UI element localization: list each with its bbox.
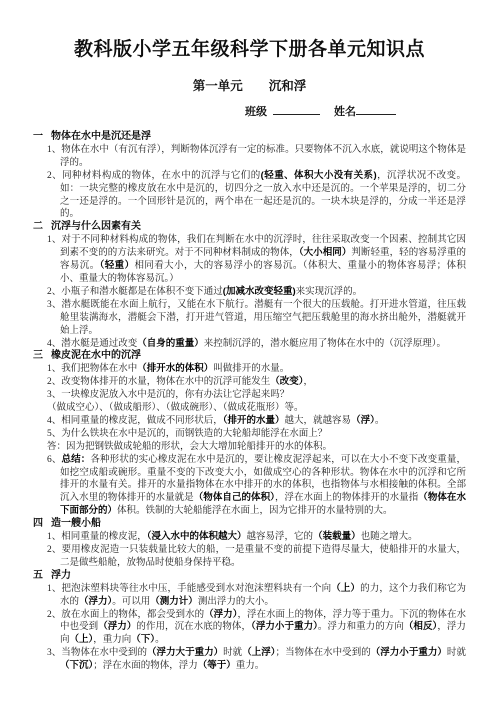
class-blank-line bbox=[273, 111, 320, 115]
text-run: ；当物体在水中受到的 bbox=[276, 648, 371, 658]
bold-run: 总结： bbox=[62, 454, 91, 465]
item-number: 2、 bbox=[47, 287, 61, 297]
section-title: 造一艘小船 bbox=[51, 518, 101, 529]
text-run: 要用橡皮泥造一只装载量比较大的船，一是重量不变的前提下造得尽量大，使船排开的水量… bbox=[60, 545, 466, 568]
text-run: （做成空心）、（做成船形）、（做成碗形）、（做成花瓶形）等。 bbox=[47, 403, 304, 413]
section-number: 三 bbox=[33, 350, 43, 361]
text-run: 重力。 bbox=[236, 661, 265, 671]
text-run: 。可以用 bbox=[112, 597, 150, 607]
item-number: 3、 bbox=[47, 648, 61, 658]
list-item: 1、相同重量的橡皮泥，（浸入水中的体积越大）越容易浮，它的（装载量）也随之增大。 bbox=[33, 531, 466, 544]
text-run: 体积。铁制的大轮船能浮在水面上，因为它排开的水量特别的大。 bbox=[117, 506, 393, 516]
list-item: 1、我们把物体在水中（排开水的体积）叫做排开的水量。 bbox=[33, 363, 466, 376]
list-item: 5、为什么铁块在水中是沉的，而钢铁造的大轮船却能浮在水面上？ bbox=[33, 428, 466, 441]
list-item: 2、要用橡皮泥造一只装载量比较大的船，一是重量不变的前提下造得尽量大，使船排开的… bbox=[33, 544, 466, 570]
bold-run: （浸入水中的体积越大） bbox=[147, 531, 247, 542]
bold-run: （排开的水量） bbox=[223, 415, 285, 426]
text-run: ，重力向 bbox=[93, 635, 131, 645]
class-label: 班级 bbox=[245, 106, 267, 118]
section-heading: 三橡皮泥在水中的沉浮 bbox=[33, 350, 466, 363]
text-run: 放在水面上的物体，都会受到水的 bbox=[61, 610, 204, 620]
section-heading: 二沉浮与什么因素有关 bbox=[33, 221, 466, 234]
list-item: 2、小瓶子和潜水艇都是在体积不变下通过(加减水改变轻重)来实现沉浮的。 bbox=[33, 286, 466, 299]
bold-run: （轻重） bbox=[100, 260, 135, 271]
text-run: ，浮在水面上的物体排开的水量指 bbox=[275, 493, 418, 503]
item-number: 2、 bbox=[47, 377, 61, 387]
section-heading: 五浮力 bbox=[33, 570, 466, 583]
item-number: 2、 bbox=[47, 171, 62, 181]
text-run: 改变物体排开的水量，物体在水中的沉浮可能发生 bbox=[61, 377, 270, 387]
bold-run: （大小相同） bbox=[299, 247, 352, 258]
unit-heading: 第一单元沉和浮 bbox=[33, 76, 466, 94]
section-number: 一 bbox=[33, 131, 43, 142]
item-number: 4、 bbox=[47, 416, 61, 426]
section-title: 沉浮与什么因素有关 bbox=[51, 221, 141, 232]
bold-run: （等于） bbox=[198, 660, 236, 671]
text-run: 小瓶子和潜水艇都是在体积不变下通过 bbox=[61, 287, 223, 297]
bold-run: （浮力大于重力） bbox=[147, 647, 223, 658]
unit-name: 沉和浮 bbox=[269, 79, 307, 93]
section: 二沉浮与什么因素有关1、对于不同种材料构成的物体，我们在判断在水中的沉浮时，往往… bbox=[33, 221, 466, 350]
text-run: 的作用，沉在水底的物体， bbox=[136, 622, 251, 632]
list-item: 2、放在水面上的物体，都会受到水的（浮力），浮在水面上的物体，浮力等于重力。下沉… bbox=[33, 609, 466, 648]
text-run: 相同重量的橡皮泥，做成不同形状后， bbox=[61, 416, 223, 426]
text-run: 同种材料构成的物体，在水中的沉浮与它们的 bbox=[62, 171, 261, 181]
bold-run: （改变） bbox=[270, 376, 303, 387]
section: 四造一艘小船1、相同重量的橡皮泥，（浸入水中的体积越大）越容易浮，它的（装载量）… bbox=[33, 518, 466, 570]
bold-run: （浮力） bbox=[98, 621, 136, 632]
text-run: 答：因为把钢铁做成轮船的形状，会大大增加轮船排开的水的体积。 bbox=[47, 442, 332, 452]
item-subline: （做成空心）、（做成船形）、（做成碗形）、（做成花瓶形）等。 bbox=[33, 402, 466, 415]
text-run: ， bbox=[304, 377, 314, 387]
text-run: 相同重量的橡皮泥， bbox=[61, 532, 147, 542]
bold-run: （上） bbox=[331, 583, 360, 594]
text-run: 来控制沉浮的，潜水艇应用了物体在水中的（沉浮原理）。 bbox=[204, 339, 446, 349]
section-heading: 一物体在水中是沉还是浮 bbox=[33, 131, 466, 144]
text-run: 当物体在水中受到的 bbox=[61, 648, 147, 658]
item-number: 2、 bbox=[47, 610, 61, 620]
list-item: 1、把泡沫塑料块等往水中压，手能感受到水对泡沫塑料块有一个向（上）的力，这个力我… bbox=[33, 583, 466, 609]
list-item: 2、改变物体排开的水量，物体在水中的沉浮可能发生（改变）， bbox=[33, 376, 466, 389]
bold-run: (加减水改变轻重) bbox=[223, 286, 296, 297]
text-run: 我们把物体在水中 bbox=[61, 364, 137, 374]
item-number: 1、 bbox=[47, 145, 61, 155]
text-run: 为什么铁块在水中是沉的，而钢铁造的大轮船却能浮在水面上？ bbox=[61, 429, 327, 439]
bold-run: （下） bbox=[131, 634, 155, 645]
bold-run: （下沉） bbox=[60, 660, 93, 671]
bold-run: (轻重、体积大小没有关系) bbox=[261, 170, 377, 181]
text-run: 测出浮力的大小。 bbox=[198, 597, 274, 607]
bold-run: （相反） bbox=[404, 621, 437, 632]
text-run: 。 bbox=[375, 416, 385, 426]
bold-run: （浮） bbox=[351, 415, 375, 426]
student-info-line: 班级姓名 bbox=[33, 103, 466, 119]
text-run: ；浮在水面的物体，浮力 bbox=[93, 661, 198, 671]
text-run: 物体在水中（有沉有浮），判断物体沉浮有一定的标准。只要物体不沉入水底，就说明这个… bbox=[60, 145, 466, 168]
bold-run: （浮力） bbox=[79, 596, 112, 607]
document-page: 教科版小学五年级科学下册各单元知识点 第一单元沉和浮 班级姓名 一物体在水中是沉… bbox=[0, 0, 496, 702]
text-run: 潜水艇是通过改变 bbox=[61, 339, 137, 349]
list-item: 1、物体在水中（有沉有浮），判断物体沉浮有一定的标准。只要物体不沉入水底，就说明… bbox=[33, 144, 466, 170]
text-run: 越容易浮，它的 bbox=[247, 532, 314, 542]
section-number: 二 bbox=[33, 221, 43, 232]
item-number: 2、 bbox=[47, 545, 62, 555]
item-number: 5、 bbox=[47, 429, 61, 439]
bold-run: （浮力） bbox=[204, 609, 237, 620]
section-title: 浮力 bbox=[51, 570, 71, 581]
item-number: 3、 bbox=[47, 390, 61, 400]
list-item: 4、潜水艇是通过改变（自身的重量）来控制沉浮的，潜水艇应用了物体在水中的（沉浮原… bbox=[33, 338, 466, 351]
text-run: 潜水艇既能在水面上航行，又能在水下航行。潜艇有一个很大的压载舱。打开进水管道，往… bbox=[60, 300, 466, 336]
section-title: 物体在水中是沉还是浮 bbox=[51, 131, 151, 142]
text-run: 把泡沫塑料块等往水中压，手能感受到水对泡沫塑料块有一个向 bbox=[62, 584, 332, 594]
text-run: 一块橡皮泥放入水中是沉的，你有办法让它浮起来吗？ bbox=[61, 390, 289, 400]
list-item: 6、总结：各种形状的实心橡皮泥在水中是沉的，要让橡皮泥浮起来，可以在大小不变下改… bbox=[33, 454, 466, 519]
section: 三橡皮泥在水中的沉浮1、我们把物体在水中（排开水的体积）叫做排开的水量。2、改变… bbox=[33, 350, 466, 518]
text-run: 来实现沉浮的。 bbox=[296, 287, 363, 297]
section-title: 橡皮泥在水中的沉浮 bbox=[51, 350, 141, 361]
name-blank-line bbox=[356, 111, 396, 115]
name-label: 姓名 bbox=[334, 106, 356, 118]
section: 一物体在水中是沉还是浮1、物体在水中（有沉有浮），判断物体沉浮有一定的标准。只要… bbox=[33, 131, 466, 221]
item-number: 6、 bbox=[47, 455, 62, 465]
item-number: 1、 bbox=[47, 364, 61, 374]
bold-run: （物体自己的体积） bbox=[194, 492, 275, 503]
page-title: 教科版小学五年级科学下册各单元知识点 bbox=[33, 34, 466, 61]
document-body: 一物体在水中是沉还是浮1、物体在水中（有沉有浮），判断物体沉浮有一定的标准。只要… bbox=[33, 131, 466, 673]
list-item: 3、潜水艇既能在水面上航行，又能在水下航行。潜艇有一个很大的压载舱。打开进水管道… bbox=[33, 299, 466, 338]
item-subline: 答：因为把钢铁做成轮船的形状，会大大增加轮船排开的水的体积。 bbox=[33, 441, 466, 454]
text-run: 。浮力和重力的方向 bbox=[318, 622, 404, 632]
item-number: 1、 bbox=[47, 235, 62, 245]
list-item: 3、一块橡皮泥放入水中是沉的，你有办法让它浮起来吗？ bbox=[33, 389, 466, 402]
text-run: 叫做排开的水量。 bbox=[213, 364, 289, 374]
item-number: 4、 bbox=[47, 339, 61, 349]
bold-run: （浮力小于重力） bbox=[371, 647, 447, 658]
bold-run: （测力计） bbox=[150, 596, 198, 607]
bold-run: （排开水的体积） bbox=[137, 363, 213, 374]
text-run: 时就 bbox=[447, 648, 466, 658]
item-number: 1、 bbox=[47, 584, 62, 594]
unit-label: 第一单元 bbox=[193, 79, 243, 93]
list-item: 4、相同重量的橡皮泥，做成不同形状后，（排开的水量）越大，就越容易（浮）。 bbox=[33, 415, 466, 428]
section-number: 五 bbox=[33, 570, 43, 581]
section: 五浮力1、把泡沫塑料块等往水中压，手能感受到水对泡沫塑料块有一个向（上）的力，这… bbox=[33, 570, 466, 673]
bold-run: （浮力小于重力） bbox=[251, 621, 318, 632]
section-number: 四 bbox=[33, 518, 43, 529]
text-run: 。 bbox=[155, 635, 165, 645]
bold-run: （上浮） bbox=[242, 647, 275, 658]
text-run: 也随之增大。 bbox=[361, 532, 418, 542]
list-item: 2、同种材料构成的物体，在水中的沉浮与它们的(轻重、体积大小没有关系)，沉浮状况… bbox=[33, 170, 466, 222]
list-item: 3、当物体在水中受到的（浮力大于重力）时就（上浮）；当物体在水中受到的（浮力小于… bbox=[33, 647, 466, 673]
list-item: 1、对于不同种材料构成的物体，我们在判断在水中的沉浮时，往往采取改变一个因素、控… bbox=[33, 234, 466, 286]
section-heading: 四造一艘小船 bbox=[33, 518, 466, 531]
bold-run: （装载量） bbox=[313, 531, 361, 542]
bold-run: （上） bbox=[70, 634, 94, 645]
text-run: 时就 bbox=[223, 648, 242, 658]
text-run: 越大，就越容易 bbox=[285, 416, 352, 426]
item-number: 3、 bbox=[47, 300, 62, 310]
item-number: 1、 bbox=[47, 532, 61, 542]
bold-run: （自身的重量） bbox=[137, 338, 204, 349]
